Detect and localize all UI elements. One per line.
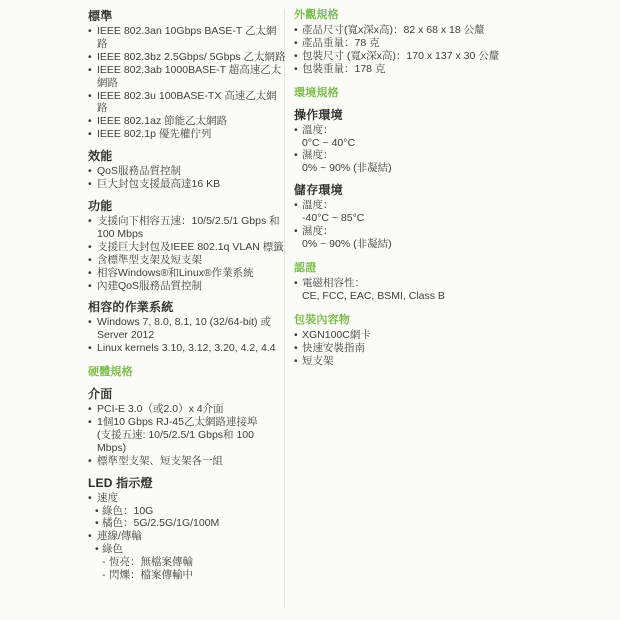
- section-left-6: LED 指示燈•速度•綠色：10G•橘色：5G/2.5G/1G/100M•連線/…: [88, 476, 286, 582]
- spec-item-text: (支援五速: 10/5/2.5/1 Gbps和 100 Mbps): [97, 429, 286, 455]
- spec-item-text: 短支架: [302, 355, 576, 368]
- spec-item-text: 產品尺寸(寬x深x高)：82 x 68 x 18 公釐: [302, 24, 576, 37]
- spec-list-item: •IEEE 802.1p 優先權佇列: [88, 128, 286, 141]
- bullet-marker: -: [102, 569, 109, 582]
- spec-item-text: QoS服務品質控制: [97, 165, 286, 178]
- spec-item-text: 綠色: [102, 543, 286, 556]
- spec-list-item: •溫度：: [294, 124, 576, 137]
- bullet-marker: •: [88, 403, 97, 416]
- section-heading: 環境規格: [294, 87, 576, 100]
- spec-item-text: IEEE 802.3an 10Gbps BASE-T 乙太網路: [97, 25, 286, 51]
- section-right-4: 認證•電磁相容性：CE, FCC, EAC, BSMI, Class B: [294, 262, 576, 303]
- section-left-0: 標準•IEEE 802.3an 10Gbps BASE-T 乙太網路•IEEE …: [88, 9, 286, 141]
- spec-list-item: •橘色：5G/2.5G/1G/100M: [88, 517, 286, 530]
- bullet-marker: •: [88, 267, 97, 280]
- bullet-marker: •: [88, 241, 97, 254]
- bullet-marker: •: [294, 342, 302, 355]
- spec-column-right: 外觀規格•產品尺寸(寬x深x高)：82 x 68 x 18 公釐•產品重量：78…: [294, 9, 576, 367]
- bullet-marker: •: [95, 505, 102, 518]
- spec-list-item: •IEEE 802.3ab 1000BASE-T 超高速乙太網路: [88, 64, 286, 90]
- bullet-marker: •: [95, 517, 102, 530]
- spec-item-text: 快速安裝指南: [302, 342, 576, 355]
- bullet-marker: •: [294, 277, 302, 290]
- bullet-marker: •: [294, 225, 302, 238]
- bullet-marker: •: [294, 50, 302, 63]
- spec-item-text: 連線/傳輸: [97, 530, 286, 543]
- spec-item-text: IEEE 802.3ab 1000BASE-T 超高速乙太網路: [97, 64, 286, 90]
- spec-list-item: •Linux kernels 3.10, 3.12, 3.20, 4.2, 4.…: [88, 342, 286, 355]
- spec-item-text: 巨大封包支援最高達16 KB: [97, 178, 286, 191]
- spec-list-item: •標準型支架、短支架各一組: [88, 455, 286, 468]
- bullet-marker: •: [88, 455, 97, 468]
- spec-item-text: 支援向下相容五速：10/5/2.5/1 Gbps 和100 Mbps: [97, 215, 286, 241]
- spec-item-text: 相容Windows®和Linux®作業系統: [97, 267, 286, 280]
- spec-item-text: 內建QoS服務品質控制: [97, 280, 286, 293]
- bullet-marker: •: [88, 128, 97, 141]
- section-right-2: 操作環境•溫度：0°C ~ 40°C•濕度：0% ~ 90% (非凝結): [294, 108, 576, 176]
- bullet-marker: •: [88, 165, 97, 178]
- section-left-3: 相容的作業系統•Windows 7, 8.0, 8.1, 10 (32/64-b…: [88, 300, 286, 355]
- spec-item-text: 包裝重量：178 克: [302, 63, 576, 76]
- spec-list-item: 0% ~ 90% (非凝結): [294, 238, 576, 251]
- bullet-marker: •: [294, 37, 302, 50]
- section-heading: 相容的作業系統: [88, 300, 286, 314]
- bullet-marker: •: [88, 51, 97, 64]
- bullet-marker: •: [88, 25, 97, 38]
- spec-list-item: •速度: [88, 492, 286, 505]
- spec-list-item: 0°C ~ 40°C: [294, 137, 576, 150]
- section-heading: 儲存環境: [294, 183, 576, 197]
- spec-item-text: 橘色：5G/2.5G/1G/100M: [102, 517, 286, 530]
- spec-list-item: •支援向下相容五速：10/5/2.5/1 Gbps 和100 Mbps: [88, 215, 286, 241]
- section-right-0: 外觀規格•產品尺寸(寬x深x高)：82 x 68 x 18 公釐•產品重量：78…: [294, 9, 576, 76]
- bullet-marker: •: [294, 199, 302, 212]
- spec-item-text: 標準型支架、短支架各一組: [97, 455, 286, 468]
- spec-list-item: •連線/傳輸: [88, 530, 286, 543]
- spec-item-text: CE, FCC, EAC, BSMI, Class B: [302, 290, 576, 303]
- spec-item-text: Windows 7, 8.0, 8.1, 10 (32/64-bit) 或 Se…: [97, 316, 286, 342]
- bullet-marker: •: [88, 254, 97, 267]
- section-right-3: 儲存環境•溫度：-40°C ~ 85°C•濕度：0% ~ 90% (非凝結): [294, 183, 576, 251]
- spec-item-text: XGN100C網卡: [302, 329, 576, 342]
- section-heading: 介面: [88, 387, 286, 401]
- bullet-marker: •: [88, 342, 97, 355]
- spec-list-item: •IEEE 802.1az 節能乙太網路: [88, 115, 286, 128]
- spec-item-text: 含標準型支架及短支架: [97, 254, 286, 267]
- spec-list-item: •綠色: [88, 543, 286, 556]
- section-left-2: 功能•支援向下相容五速：10/5/2.5/1 Gbps 和100 Mbps•支援…: [88, 199, 286, 292]
- spec-item-text: IEEE 802.1az 節能乙太網路: [97, 115, 286, 128]
- spec-item-text: 包裝尺寸 (寬x深x高)：170 x 137 x 30 公釐: [302, 50, 576, 63]
- spec-list-item: -閃爍：檔案傳輸中: [88, 569, 286, 582]
- spec-list-item: •相容Windows®和Linux®作業系統: [88, 267, 286, 280]
- spec-item-text: 0% ~ 90% (非凝結): [302, 238, 576, 251]
- bullet-marker: •: [294, 149, 302, 162]
- spec-item-text: IEEE 802.3u 100BASE-TX 高速乙太網路: [97, 90, 286, 116]
- spec-item-text: -40°C ~ 85°C: [302, 212, 576, 225]
- bullet-marker: •: [88, 280, 97, 293]
- spec-list-item: •濕度：: [294, 149, 576, 162]
- bullet-marker: •: [88, 416, 97, 429]
- spec-item-text: 0% ~ 90% (非凝結): [302, 162, 576, 175]
- spec-list-item: CE, FCC, EAC, BSMI, Class B: [294, 290, 576, 303]
- bullet-marker: •: [88, 90, 97, 103]
- spec-item-text: 綠色：10G: [102, 505, 286, 518]
- spec-item-text: 1個10 Gbps RJ-45乙太網路連接埠: [97, 416, 286, 429]
- spec-list-item: •包裝尺寸 (寬x深x高)：170 x 137 x 30 公釐: [294, 50, 576, 63]
- spec-list-item: •QoS服務品質控制: [88, 165, 286, 178]
- bullet-marker: •: [88, 215, 97, 228]
- bullet-marker: •: [88, 492, 97, 505]
- spec-sheet-page: 標準•IEEE 802.3an 10Gbps BASE-T 乙太網路•IEEE …: [0, 0, 620, 620]
- section-heading: 硬體規格: [88, 366, 286, 379]
- bullet-marker: -: [102, 556, 109, 569]
- section-left-4: 硬體規格: [88, 366, 286, 379]
- section-heading: 標準: [88, 9, 286, 23]
- bullet-marker: •: [88, 64, 97, 77]
- bullet-marker: •: [294, 355, 302, 368]
- spec-list-item: •濕度：: [294, 225, 576, 238]
- spec-list-item: •內建QoS服務品質控制: [88, 280, 286, 293]
- spec-list-item: -40°C ~ 85°C: [294, 212, 576, 225]
- spec-list-item: •Windows 7, 8.0, 8.1, 10 (32/64-bit) 或 S…: [88, 316, 286, 342]
- spec-item-text: IEEE 802.3bz 2.5Gbps/ 5Gbps 乙太網路: [97, 51, 286, 64]
- spec-item-text: 支援巨大封包及IEEE 802.1q VLAN 標籤: [97, 241, 286, 254]
- spec-item-text: 溫度：: [302, 199, 576, 212]
- bullet-marker: •: [294, 63, 302, 76]
- bullet-marker: •: [294, 24, 302, 37]
- bullet-marker: •: [294, 329, 302, 342]
- spec-item-text: 速度: [97, 492, 286, 505]
- spec-item-text: PCI-E 3.0（或2.0）x 4介面: [97, 403, 286, 416]
- spec-item-text: IEEE 802.1p 優先權佇列: [97, 128, 286, 141]
- spec-list-item: •溫度：: [294, 199, 576, 212]
- spec-list-item: •巨大封包支援最高達16 KB: [88, 178, 286, 191]
- section-heading: 認證: [294, 262, 576, 275]
- spec-item-text: 0°C ~ 40°C: [302, 137, 576, 150]
- section-heading: 效能: [88, 149, 286, 163]
- spec-list-item: •短支架: [294, 355, 576, 368]
- section-right-1: 環境規格: [294, 87, 576, 100]
- spec-item-text: Linux kernels 3.10, 3.12, 3.20, 4.2, 4.4: [97, 342, 286, 355]
- spec-item-text: 濕度：: [302, 225, 576, 238]
- spec-list-item: •快速安裝指南: [294, 342, 576, 355]
- section-right-5: 包裝內容物•XGN100C網卡•快速安裝指南•短支架: [294, 314, 576, 368]
- spec-list-item: •包裝重量：178 克: [294, 63, 576, 76]
- spec-item-text: 電磁相容性：: [302, 277, 576, 290]
- section-left-1: 效能•QoS服務品質控制•巨大封包支援最高達16 KB: [88, 149, 286, 191]
- spec-column-left: 標準•IEEE 802.3an 10Gbps BASE-T 乙太網路•IEEE …: [88, 9, 286, 582]
- spec-list-item: •IEEE 802.3u 100BASE-TX 高速乙太網路: [88, 90, 286, 116]
- spec-list-item: •產品重量：78 克: [294, 37, 576, 50]
- bullet-marker: •: [88, 115, 97, 128]
- bullet-marker: •: [88, 178, 97, 191]
- spec-list-item: -恆亮：無檔案傳輸: [88, 556, 286, 569]
- spec-list-item: •含標準型支架及短支架: [88, 254, 286, 267]
- bullet-marker: •: [294, 124, 302, 137]
- spec-list-item: •1個10 Gbps RJ-45乙太網路連接埠: [88, 416, 286, 429]
- spec-list-item: •支援巨大封包及IEEE 802.1q VLAN 標籤: [88, 241, 286, 254]
- spec-item-text: 產品重量：78 克: [302, 37, 576, 50]
- spec-item-text: 溫度：: [302, 124, 576, 137]
- spec-list-item: •IEEE 802.3bz 2.5Gbps/ 5Gbps 乙太網路: [88, 51, 286, 64]
- section-heading: LED 指示燈: [88, 476, 286, 490]
- bullet-marker: •: [95, 543, 102, 556]
- spec-list-item: •IEEE 802.3an 10Gbps BASE-T 乙太網路: [88, 25, 286, 51]
- section-heading: 操作環境: [294, 108, 576, 122]
- spec-list-item: •電磁相容性：: [294, 277, 576, 290]
- section-heading: 包裝內容物: [294, 314, 576, 327]
- spec-list-item: •綠色：10G: [88, 505, 286, 518]
- spec-item-text: 濕度：: [302, 149, 576, 162]
- spec-item-text: 閃爍：檔案傳輸中: [109, 569, 286, 582]
- bullet-marker: •: [88, 530, 97, 543]
- section-left-5: 介面•PCI-E 3.0（或2.0）x 4介面•1個10 Gbps RJ-45乙…: [88, 387, 286, 468]
- spec-list-item: •PCI-E 3.0（或2.0）x 4介面: [88, 403, 286, 416]
- bullet-marker: •: [88, 316, 97, 329]
- section-heading: 外觀規格: [294, 9, 576, 22]
- spec-item-text: 恆亮：無檔案傳輸: [109, 556, 286, 569]
- spec-list-item: (支援五速: 10/5/2.5/1 Gbps和 100 Mbps): [88, 429, 286, 455]
- spec-list-item: •產品尺寸(寬x深x高)：82 x 68 x 18 公釐: [294, 24, 576, 37]
- spec-list-item: •XGN100C網卡: [294, 329, 576, 342]
- spec-list-item: 0% ~ 90% (非凝結): [294, 162, 576, 175]
- section-heading: 功能: [88, 199, 286, 213]
